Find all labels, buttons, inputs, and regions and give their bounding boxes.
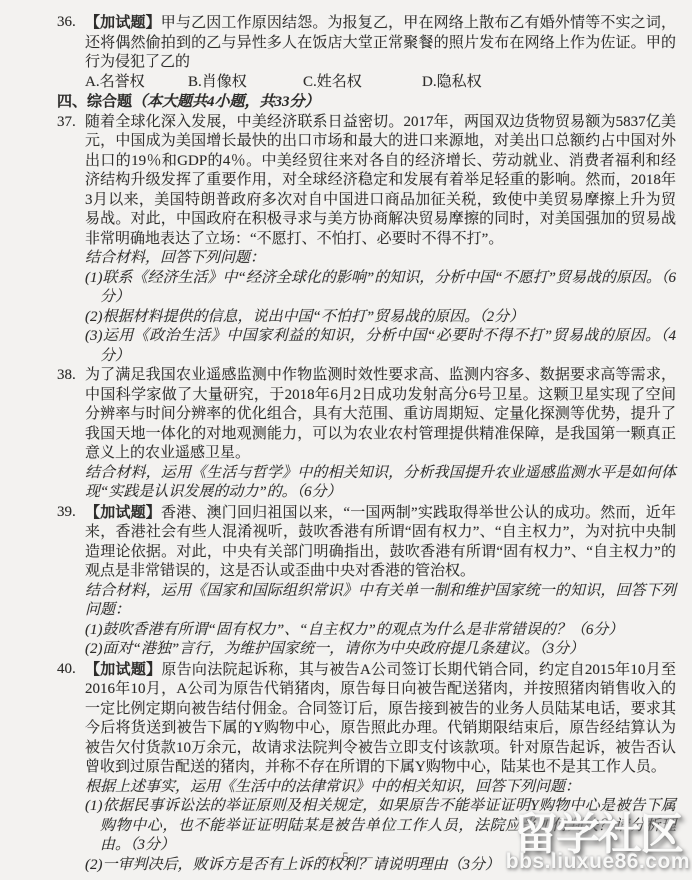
question-37-sub-2: (2)根据材料提供的信息，说出中国“不怕打”贸易战的原因。（2分） [85,308,676,328]
page-number: 5 [342,849,350,864]
question-38-material: 为了满足我国农业遥感监测中作物监测时效性要求高、监测内容多、数据要求高等需求，中… [85,366,676,464]
bonus-question-tag: 【加试题】 [85,504,161,521]
question-38: 38. 为了满足我国农业遥感监测中作物监测时效性要求高、监测内容多、数据要求高等… [57,366,676,503]
section-title: 四、综合题 [57,93,132,110]
question-39-intro: 结合材料，运用《国家和国际组织常识》中有关单一制和维护国家统一的知识，回答下列问… [85,582,676,621]
question-36-text: 【加试题】甲与乙因工作原因结怨。为报复乙，甲在网络上散布乙有婚外情等不实之词，还… [85,13,676,73]
question-37: 37. 随着全球化深入发展，中美经济联系日益密切。2017年，两国双边货物贸易额… [57,113,676,367]
question-37-intro: 结合材料，回答下列问题： [85,249,676,269]
question-38-number: 38. [57,366,85,503]
question-40-intro: 根据上述事实，运用《生活中的法律常识》中的相关知识，回答下列问题： [85,778,676,798]
question-40-stem: 原告向法院起诉称，其与被告A公司签订长期代销合同，约定自2015年10月至201… [85,662,676,776]
question-38-task: 结合材料，运用《生活与哲学》中的相关知识，分析我国提升农业遥感监测水平是如何体现… [85,464,676,503]
option-a: A.名誉权 [85,73,188,93]
option-b: B.肖像权 [188,73,303,93]
question-40: 40. 【加试题】原告向法院起诉称，其与被告A公司签订长期代销合同，约定自201… [57,660,676,876]
question-36-body: 【加试题】甲与乙因工作原因结怨。为报复乙，甲在网络上散布乙有婚外情等不实之词，还… [85,13,676,92]
question-37-sub-1: (1)联系《经济生活》中“经济全球化的影响”的知识，分析中国“不愿打”贸易战的原… [85,269,676,308]
question-37-sub-3: (3)运用《政治生活》中国家利益的知识，分析中国“必要时不得不打”贸易战的原因。… [85,327,676,366]
question-39-number: 39. [57,503,85,660]
question-39-body: 【加试题】香港、澳门回归祖国以来，“一国两制”实践取得举世公认的成功。然而，近年… [85,503,676,660]
question-37-number: 37. [57,113,85,367]
question-40-number: 40. [57,660,85,876]
question-37-material: 随着全球化深入发展，中美经济联系日益密切。2017年，两国双边货物贸易额为583… [85,113,676,250]
footer-dash-right: — [360,849,374,864]
question-39-material: 【加试题】香港、澳门回归祖国以来，“一国两制”实践取得举世公认的成功。然而，近年… [85,503,676,582]
question-37-body: 随着全球化深入发展，中美经济联系日益密切。2017年，两国双边货物贸易额为583… [85,113,676,367]
section-heading: 四、综合题（本大题共4小题，共33分） [57,92,676,113]
bonus-question-tag: 【加试题】 [85,661,161,678]
question-38-body: 为了满足我国农业遥感监测中作物监测时效性要求高、监测内容多、数据要求高等需求，中… [85,366,676,503]
question-40-body: 【加试题】原告向法院起诉称，其与被告A公司签订长期代销合同，约定自2015年10… [85,660,676,876]
question-39-sub-1: (1)鼓吹香港有所谓“固有权力”、“自主权力”的观点为什么是非常错误的？（6分） [85,621,676,641]
bonus-question-tag: 【加试题】 [85,14,161,31]
question-39-sub-2: (2)面对“港独”言行，为维护国家统一，请你为中央政府提几条建议。（3分） [85,640,676,660]
question-40-material: 【加试题】原告向法院起诉称，其与被告A公司签订长期代销合同，约定自2015年10… [85,660,676,778]
exam-paper-page: 36. 【加试题】甲与乙因工作原因结怨。为报复乙，甲在网络上散布乙有婚外情等不实… [0,0,692,880]
question-36-number: 36. [57,13,85,92]
question-39-stem: 香港、澳门回归祖国以来，“一国两制”实践取得举世公认的成功。然而，近年来，香港社… [85,505,676,580]
question-36-stem: 甲与乙因工作原因结怨。为报复乙，甲在网络上散布乙有婚外情等不实之词，还将偶然偷拍… [85,15,676,70]
question-36-options: A.名誉权 B.肖像权 C.姓名权 D.隐私权 [85,73,676,93]
exam-content: 36. 【加试题】甲与乙因工作原因结怨。为报复乙，甲在网络上散布乙有婚外情等不实… [57,13,676,875]
option-d: D.隐私权 [422,73,676,93]
option-c: C.姓名权 [303,73,422,93]
section-note: （本大题共4小题，共33分） [132,94,320,110]
question-39: 39. 【加试题】香港、澳门回归祖国以来，“一国两制”实践取得举世公认的成功。然… [57,503,676,660]
question-36: 36. 【加试题】甲与乙因工作原因结怨。为报复乙，甲在网络上散布乙有婚外情等不实… [57,13,676,92]
footer-dash-left: — [318,849,332,864]
page-footer: —5— [0,847,692,867]
